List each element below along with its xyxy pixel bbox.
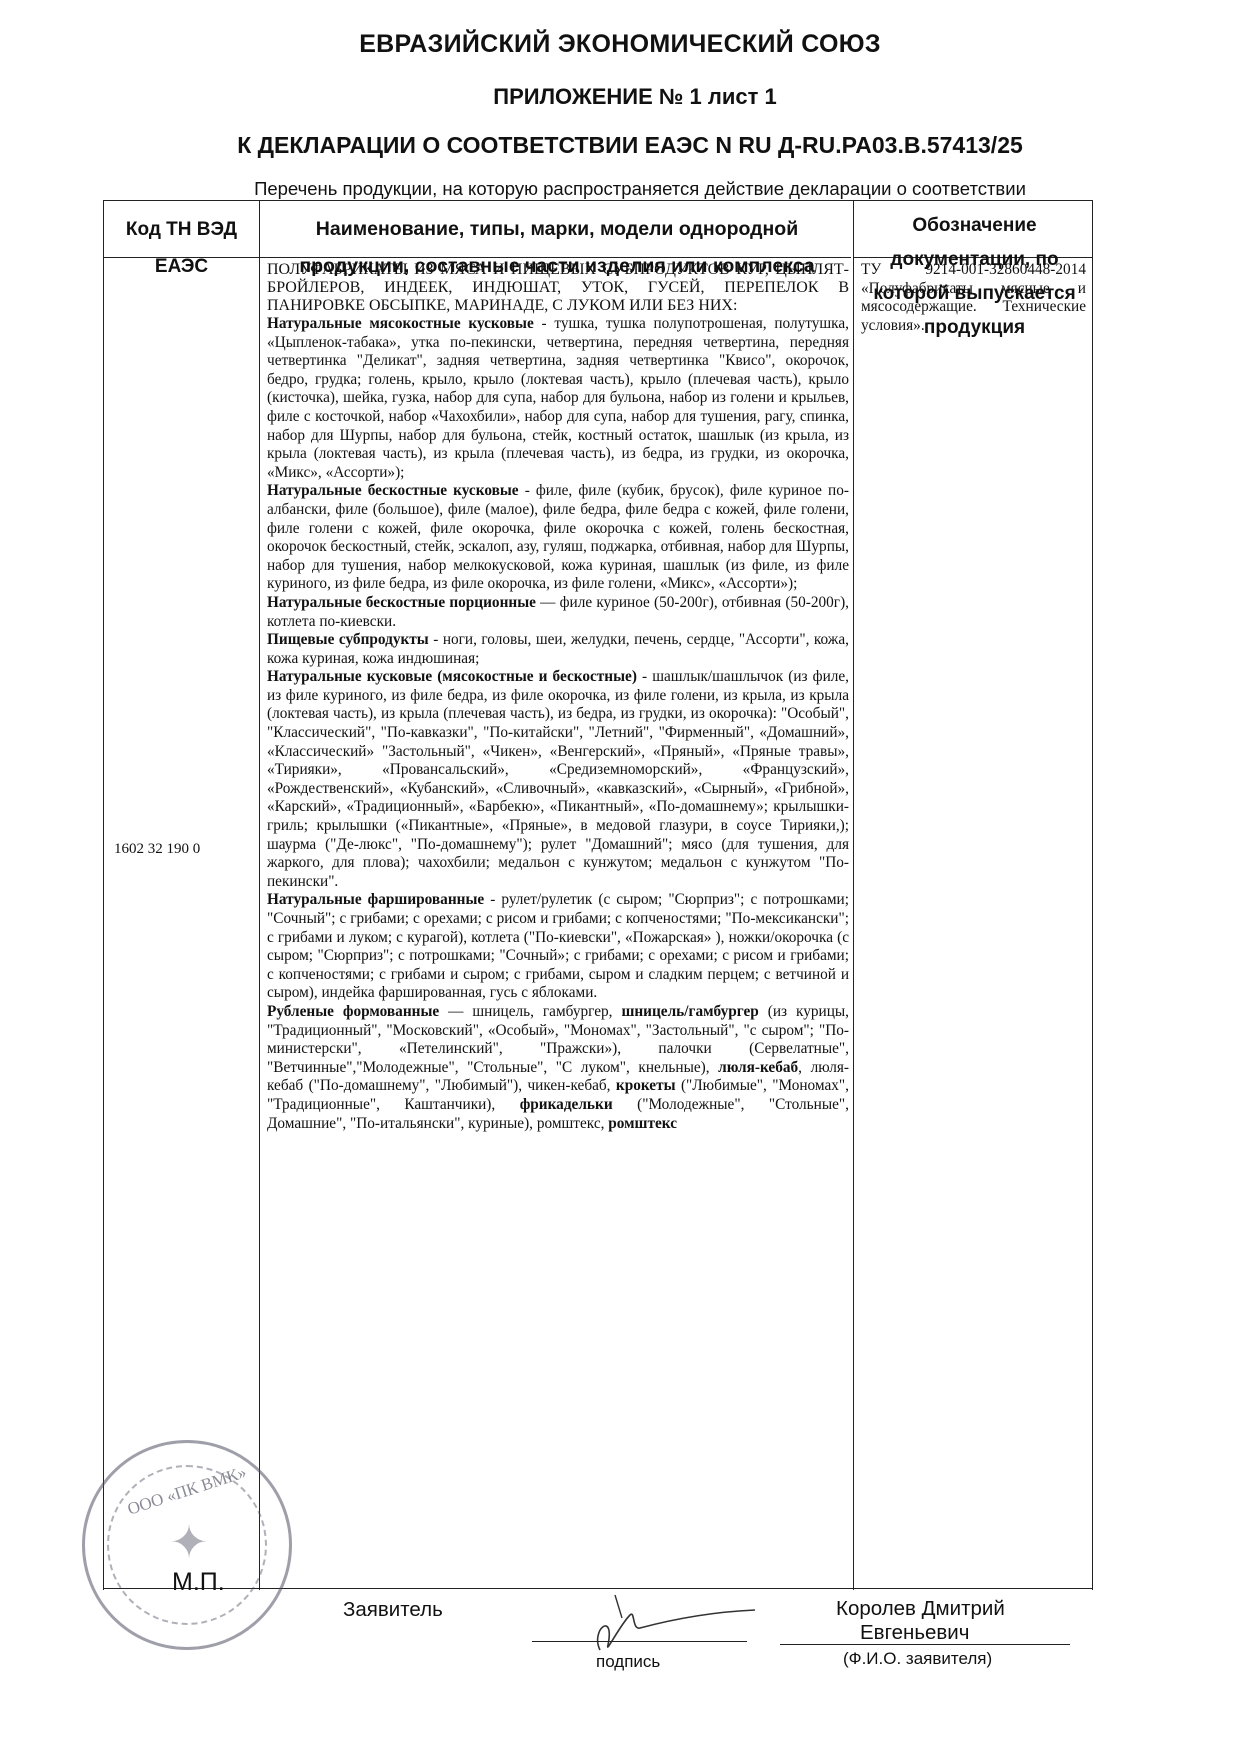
column-divider xyxy=(853,201,854,1590)
applicant-name-caption: (Ф.И.О. заявителя) xyxy=(843,1649,992,1669)
product-sections: Натуральные мясокостные кусковые - тушка… xyxy=(267,315,849,1133)
section-text: — шницель, гамбургер, xyxy=(439,1003,621,1020)
tnved-code: 1602 32 190 0 xyxy=(114,841,200,858)
signature-line xyxy=(532,1641,747,1642)
section-subtitle: люля-кебаб xyxy=(718,1059,798,1076)
section-subtitle: фрикадельки xyxy=(520,1096,613,1113)
section-text: - тушка, тушка полупотрошеная, полутушка… xyxy=(267,315,849,481)
list-subtitle: Перечень продукции, на которую распростр… xyxy=(20,178,1240,200)
documentation-text: ТУ 9214-001-32860448-2014 «Полуфабрикаты… xyxy=(861,261,1086,335)
appendix-title: ПРИЛОЖЕНИЕ № 1 лист 1 xyxy=(15,84,1240,110)
column-divider xyxy=(259,201,260,1590)
section-title: Натуральные бескостные порционные xyxy=(267,594,536,611)
section-subtitle: крокеты xyxy=(616,1077,676,1094)
section-subtitle: шницель/гамбургер xyxy=(621,1003,758,1020)
applicant-name-line1: Королев Дмитрий xyxy=(836,1597,1005,1621)
section-title: Пищевые субпродукты xyxy=(267,631,429,648)
section-subtitle: ромштекс xyxy=(608,1115,677,1132)
product-section: Натуральные бескостные кусковые - филе, … xyxy=(267,482,849,594)
documentation-cell: ТУ 9214-001-32860448-2014 «Полуфабрикаты… xyxy=(861,261,1086,335)
company-stamp: ООО «ПК ВМК» ✦ xyxy=(82,1440,292,1650)
section-title: Натуральные кусковые (мясокостные и беск… xyxy=(267,668,637,685)
product-section: Натуральные кусковые (мясокостные и беск… xyxy=(267,668,849,891)
declaration-title: К ДЕКЛАРАЦИИ О СООТВЕТСТВИИ ЕАЭС N RU Д-… xyxy=(10,132,1240,159)
union-title: ЕВРАЗИЙСКИЙ ЭКОНОМИЧЕСКИЙ СОЮЗ xyxy=(0,30,1240,59)
section-title: Натуральные фаршированные xyxy=(267,891,484,908)
product-section: Натуральные фаршированные - рулет/рулети… xyxy=(267,891,849,1003)
applicant-name-line xyxy=(780,1644,1070,1645)
product-description: ПОЛУФАБРИКАТЫ ИЗ МЯСА И ПИЩЕВЫХ СУБПРОДУ… xyxy=(267,261,849,1133)
section-title: Натуральные мясокостные кусковые xyxy=(267,315,534,332)
column-header-code: Код ТН ВЭД ЕАЭС xyxy=(104,201,259,285)
product-section: Натуральные мясокостные кусковые - тушка… xyxy=(267,315,849,482)
stamp-place-label: М.П. xyxy=(172,1568,225,1597)
section-title: Рубленые формованные xyxy=(267,1003,439,1020)
product-section: Пищевые субпродукты - ноги, головы, шеи,… xyxy=(267,631,849,668)
product-section: Натуральные бескостные порционные — филе… xyxy=(267,594,849,631)
signature-label: подпись xyxy=(596,1652,660,1672)
product-section: Рубленые формованные — шницель, гамбурге… xyxy=(267,1003,849,1133)
eagle-emblem-icon: ✦ xyxy=(157,1515,221,1571)
section-text: - шашлык/шашлычок (из филе, из филе кури… xyxy=(267,668,849,890)
signature-icon xyxy=(560,1590,760,1660)
applicant-label: Заявитель xyxy=(343,1598,443,1622)
section-title: Натуральные бескостные кусковые xyxy=(267,482,519,499)
product-intro: ПОЛУФАБРИКАТЫ ИЗ МЯСА И ПИЩЕВЫХ СУБПРОДУ… xyxy=(267,261,849,315)
product-table: Код ТН ВЭД ЕАЭС Наименование, типы, марк… xyxy=(103,200,1093,1590)
applicant-name-line2: Евгеньевич xyxy=(860,1621,969,1645)
